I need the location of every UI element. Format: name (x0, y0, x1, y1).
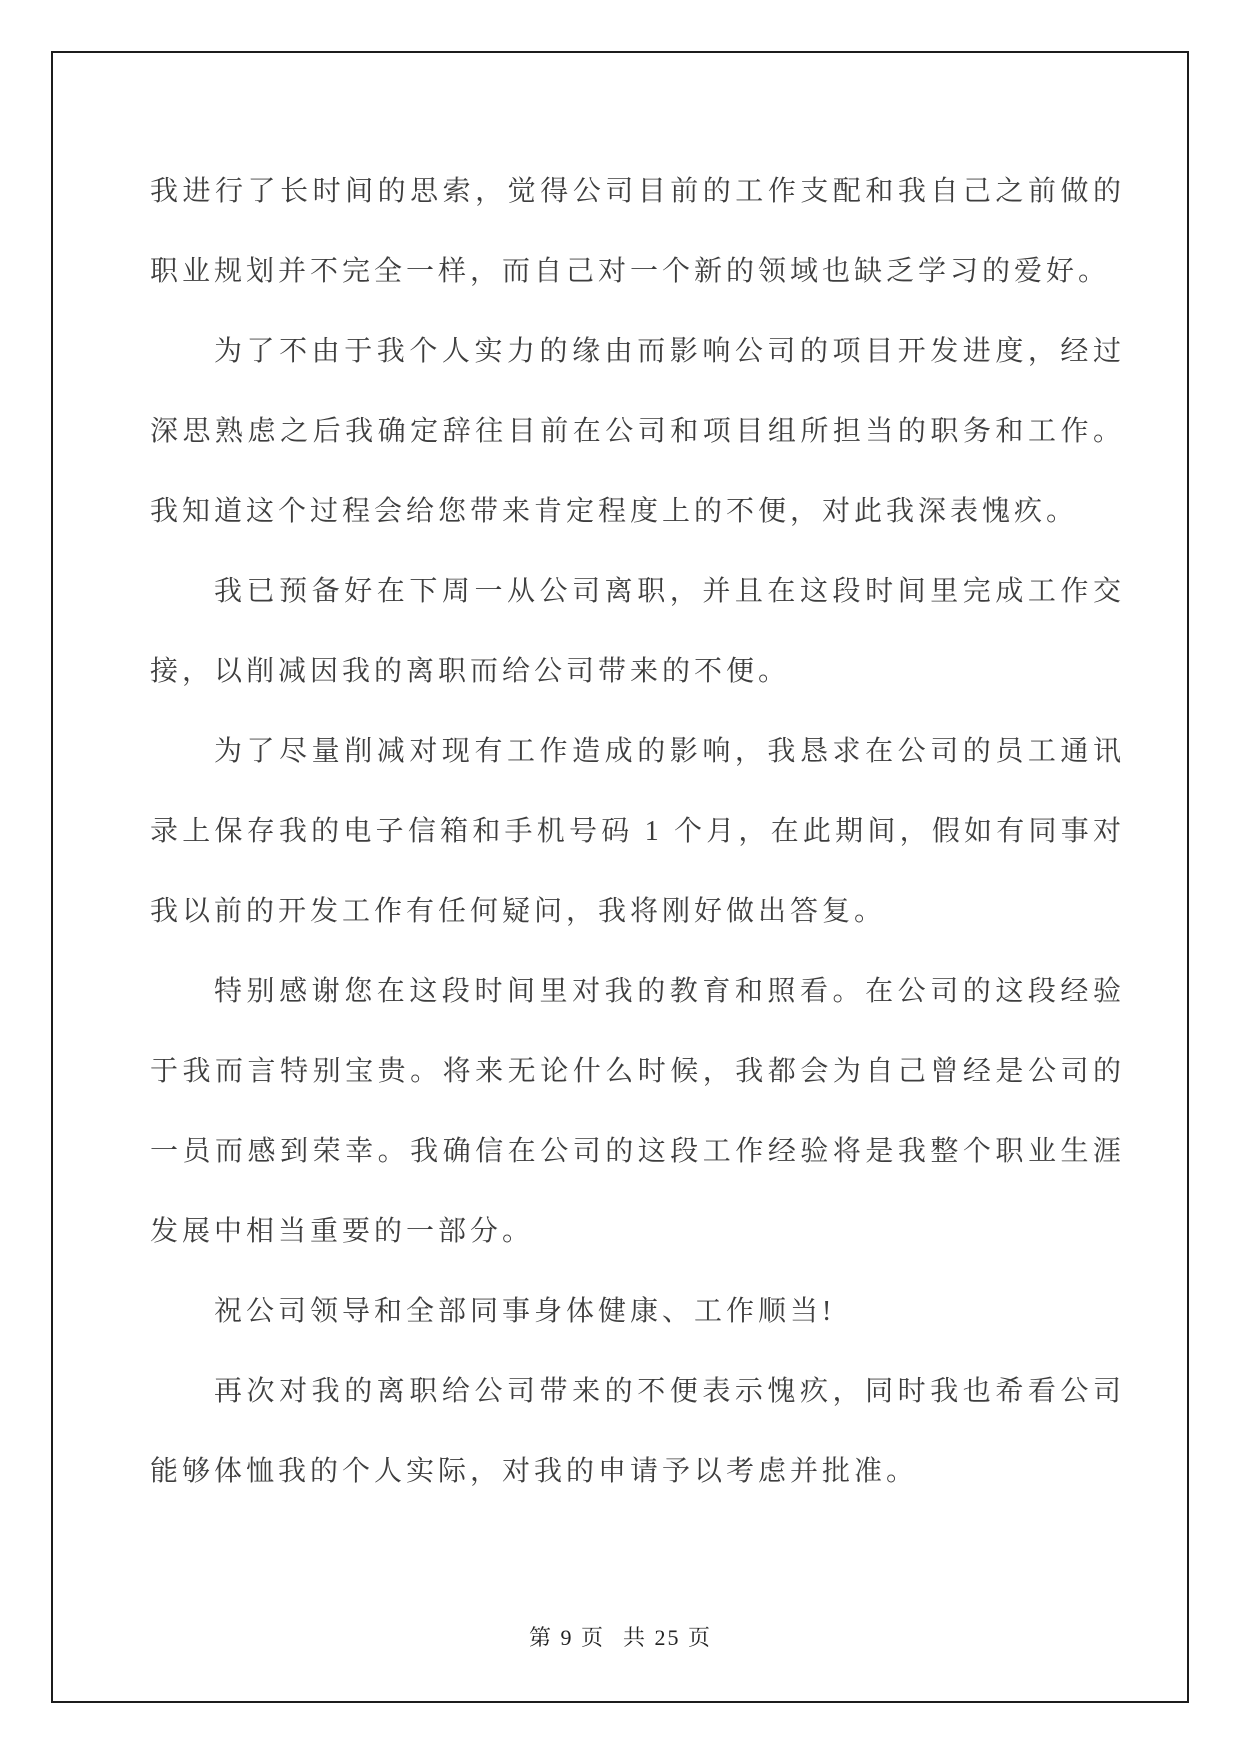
letter-body: 我进行了长时间的思索，觉得公司目前的工作支配和我自己之前做的 职业规划并不完全一… (150, 152, 1125, 1512)
text-line: 为了不由于我个人实力的缘由而影响公司的项目开发进度，经过 (150, 312, 1125, 392)
text-line: 祝公司领导和全部同事身体健康、工作顺当! (150, 1272, 1125, 1352)
text-line: 接，以削减因我的离职而给公司带来的不便。 (150, 632, 1125, 712)
text-line: 特别感谢您在这段时间里对我的教育和照看。在公司的这段经验 (150, 952, 1125, 1032)
page-number-total: 共 25 页 (623, 1625, 712, 1650)
text-line: 于我而言特别宝贵。将来无论什么时候，我都会为自己曾经是公司的 (150, 1032, 1125, 1112)
page-footer: 第 9 页共 25 页 (0, 1624, 1241, 1652)
text-line: 一员而感到荣幸。我确信在公司的这段工作经验将是我整个职业生涯 (150, 1112, 1125, 1192)
text-line: 我知道这个过程会给您带来肯定程度上的不便，对此我深表愧疚。 (150, 472, 1125, 552)
text-line: 我进行了长时间的思索，觉得公司目前的工作支配和我自己之前做的 (150, 152, 1125, 232)
text-line: 职业规划并不完全一样，而自己对一个新的领域也缺乏学习的爱好。 (150, 232, 1125, 312)
page-number-current: 第 9 页 (529, 1625, 605, 1650)
text-line: 录上保存我的电子信箱和手机号码 1 个月，在此期间，假如有同事对 (150, 792, 1125, 872)
text-line: 为了尽量削减对现有工作造成的影响，我恳求在公司的员工通讯 (150, 712, 1125, 792)
document-page: 我进行了长时间的思索，觉得公司目前的工作支配和我自己之前做的 职业规划并不完全一… (0, 0, 1241, 1754)
text-line: 发展中相当重要的一部分。 (150, 1192, 1125, 1272)
text-line: 我已预备好在下周一从公司离职，并且在这段时间里完成工作交 (150, 552, 1125, 632)
text-line: 深思熟虑之后我确定辞往目前在公司和项目组所担当的职务和工作。 (150, 392, 1125, 472)
text-line: 再次对我的离职给公司带来的不便表示愧疚，同时我也希看公司 (150, 1352, 1125, 1432)
text-line: 能够体恤我的个人实际，对我的申请予以考虑并批准。 (150, 1432, 1125, 1512)
text-line: 我以前的开发工作有任何疑问，我将刚好做出答复。 (150, 872, 1125, 952)
